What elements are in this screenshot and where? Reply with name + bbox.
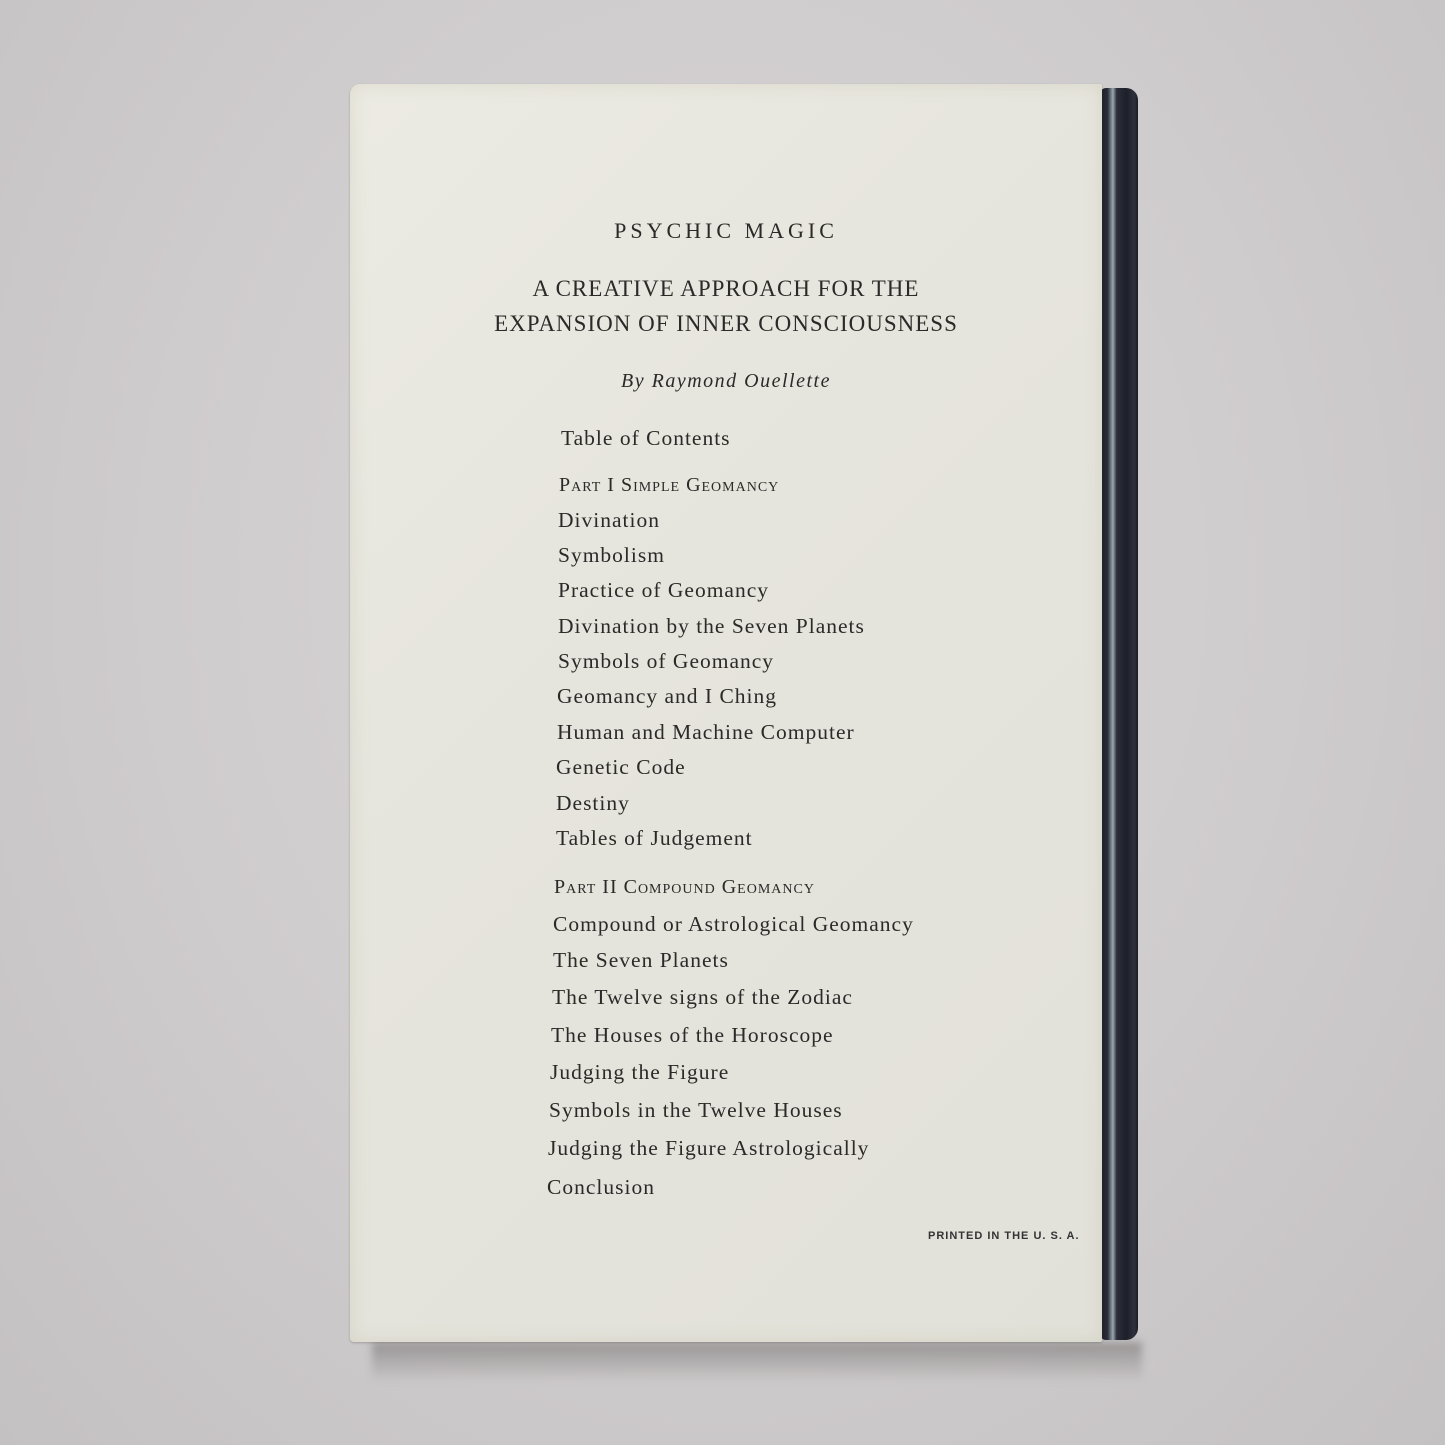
book-spine xyxy=(1100,88,1138,1340)
toc-item: Human and Machine Computer xyxy=(557,720,855,745)
toc-heading: Table of Contents xyxy=(561,426,731,451)
toc-item: Symbols in the Twelve Houses xyxy=(549,1098,843,1123)
book-title: PSYCHIC MAGIC xyxy=(350,218,1102,244)
subtitle-line-1: A CREATIVE APPROACH FOR THE xyxy=(350,276,1102,302)
part2-heading: Part II Compound Geomancy xyxy=(554,876,815,899)
toc-item: Practice of Geomancy xyxy=(558,578,769,603)
toc-item: Genetic Code xyxy=(556,755,686,780)
toc-item: Judging the Figure Astrologically xyxy=(548,1136,869,1161)
book: PSYCHIC MAGIC A CREATIVE APPROACH FOR TH… xyxy=(350,84,1140,1344)
toc-item: Tables of Judgement xyxy=(556,826,753,851)
toc-item: Geomancy and I Ching xyxy=(557,684,777,709)
toc-item: Compound or Astrological Geomancy xyxy=(553,912,914,937)
toc-item: Conclusion xyxy=(547,1175,655,1200)
toc-item: The Houses of the Horoscope xyxy=(551,1023,834,1048)
subtitle-line-2: EXPANSION OF INNER CONSCIOUSNESS xyxy=(350,311,1102,337)
book-shadow xyxy=(372,1342,1142,1382)
toc-item: The Twelve signs of the Zodiac xyxy=(552,985,853,1010)
part1-heading: Part I Simple Geomancy xyxy=(559,474,779,497)
imprint-label: PRINTED IN THE U. S. A. xyxy=(928,1230,1080,1242)
toc-item: Destiny xyxy=(556,791,630,816)
toc-item: Judging the Figure xyxy=(550,1060,729,1085)
toc-item: Divination xyxy=(558,508,660,533)
back-cover: PSYCHIC MAGIC A CREATIVE APPROACH FOR TH… xyxy=(350,84,1102,1342)
toc-item: The Seven Planets xyxy=(553,948,729,973)
toc-item: Divination by the Seven Planets xyxy=(558,614,865,639)
toc-item: Symbolism xyxy=(558,543,665,568)
author-byline: By Raymond Ouellette xyxy=(350,370,1102,393)
toc-item: Symbols of Geomancy xyxy=(558,649,774,674)
